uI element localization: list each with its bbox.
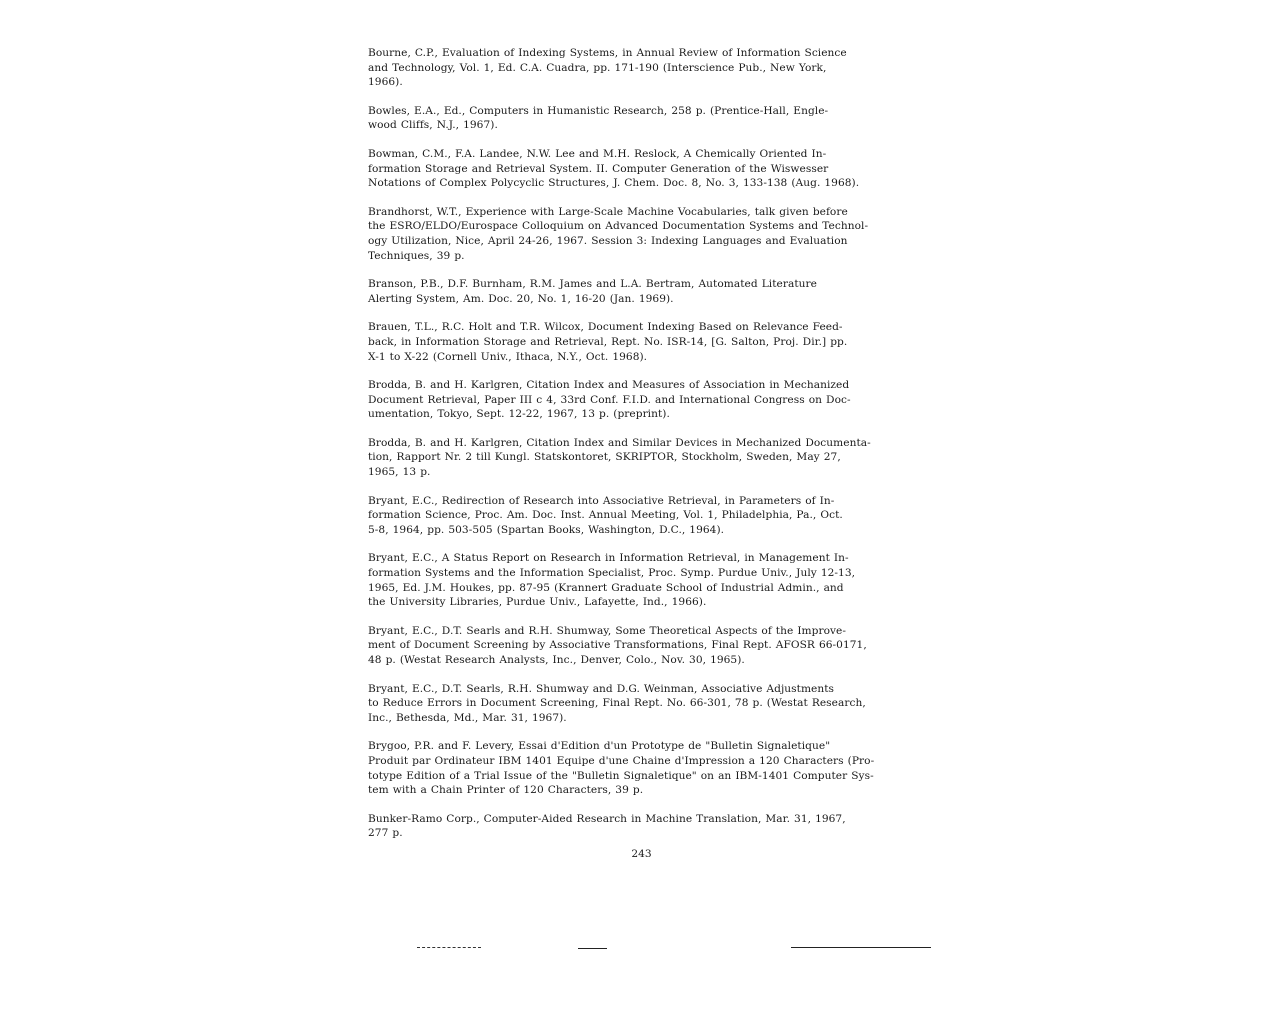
entry-line: formation Science, Proc. Am. Doc. Inst. … [368,508,884,523]
entry-line: tion, Rapport Nr. 2 till Kungl. Statskon… [368,450,884,465]
entry-line: umentation, Tokyo, Sept. 12-22, 1967, 13… [368,407,884,422]
entry-line: 48 p. (Westat Research Analysts, Inc., D… [368,653,884,668]
bibliography-entry-brandhorst: Brandhorst, W.T., Experience with Large-… [368,205,884,263]
entry-line: Bowles, E.A., Ed., Computers in Humanist… [368,104,884,119]
entry-line: 1965, Ed. J.M. Houkes, pp. 87-95 (Kranne… [368,581,884,596]
entry-line: Bunker-Ramo Corp., Computer-Aided Resear… [368,812,884,827]
entry-line: X-1 to X-22 (Cornell Univ., Ithaca, N.Y.… [368,350,884,365]
entry-line: Bryant, E.C., Redirection of Research in… [368,494,884,509]
bibliography-entry-bryant-3: Bryant, E.C., D.T. Searls and R.H. Shumw… [368,624,884,668]
entry-line: tem with a Chain Printer of 120 Characte… [368,783,884,798]
entry-line: Alerting System, Am. Doc. 20, No. 1, 16-… [368,292,884,307]
entry-line: Produit par Ordinateur IBM 1401 Equipe d… [368,754,884,769]
entry-line: Techniques, 39 p. [368,249,884,264]
bibliography-entry-bryant-2: Bryant, E.C., A Status Report on Researc… [368,551,884,609]
entry-line: Branson, P.B., D.F. Burnham, R.M. James … [368,277,884,292]
entry-line: Brodda, B. and H. Karlgren, Citation Ind… [368,378,884,393]
entry-line: Brauen, T.L., R.C. Holt and T.R. Wilcox,… [368,320,884,335]
bibliography-entry-brodda-2: Brodda, B. and H. Karlgren, Citation Ind… [368,436,884,480]
entry-line: Bowman, C.M., F.A. Landee, N.W. Lee and … [368,147,884,162]
bibliography-entry-brygoo: Brygoo, P.R. and F. Levery, Essai d'Edit… [368,739,884,797]
footer-rule-center [578,948,607,949]
footer-rule-right [791,947,931,948]
entry-line: Notations of Complex Polycyclic Structur… [368,176,884,191]
bibliography-entry-bourne: Bourne, C.P., Evaluation of Indexing Sys… [368,46,884,90]
entry-line: back, in Information Storage and Retriev… [368,335,884,350]
entry-line: Bryant, E.C., A Status Report on Researc… [368,551,884,566]
entry-line: Brandhorst, W.T., Experience with Large-… [368,205,884,220]
bibliography-entry-bryant-4: Bryant, E.C., D.T. Searls, R.H. Shumway … [368,682,884,726]
bibliography-entry-brodda-1: Brodda, B. and H. Karlgren, Citation Ind… [368,378,884,422]
entry-line: Inc., Bethesda, Md., Mar. 31, 1967). [368,711,884,726]
footer-rule-left [417,947,481,948]
bibliography-entry-bryant-1: Bryant, E.C., Redirection of Research in… [368,494,884,538]
entry-line: the ESRO/ELDO/Eurospace Colloquium on Ad… [368,219,884,234]
bibliography-entry-bunker-ramo: Bunker-Ramo Corp., Computer-Aided Resear… [368,812,884,841]
bibliography-entry-bowles: Bowles, E.A., Ed., Computers in Humanist… [368,104,884,133]
entry-line: formation Storage and Retrieval System. … [368,162,884,177]
bibliography-entry-brauen: Brauen, T.L., R.C. Holt and T.R. Wilcox,… [368,320,884,364]
entry-line: Bourne, C.P., Evaluation of Indexing Sys… [368,46,884,61]
entry-line: 5-8, 1964, pp. 503-505 (Spartan Books, W… [368,523,884,538]
entry-line: Bryant, E.C., D.T. Searls and R.H. Shumw… [368,624,884,639]
page-number: 243 [0,848,1280,860]
entry-line: 1965, 13 p. [368,465,884,480]
entry-line: ment of Document Screening by Associativ… [368,638,884,653]
entry-line: and Technology, Vol. 1, Ed. C.A. Cuadra,… [368,61,884,76]
entry-line: Brodda, B. and H. Karlgren, Citation Ind… [368,436,884,451]
bibliography-entry-branson: Branson, P.B., D.F. Burnham, R.M. James … [368,277,884,306]
entry-line: formation Systems and the Information Sp… [368,566,884,581]
entry-line: wood Cliffs, N.J., 1967). [368,118,884,133]
entry-line: Brygoo, P.R. and F. Levery, Essai d'Edit… [368,739,884,754]
entry-line: Document Retrieval, Paper III c 4, 33rd … [368,393,884,408]
bibliography-page: Bourne, C.P., Evaluation of Indexing Sys… [368,46,884,855]
entry-line: the University Libraries, Purdue Univ., … [368,595,884,610]
entry-line: to Reduce Errors in Document Screening, … [368,696,884,711]
entry-line: 277 p. [368,826,884,841]
entry-line: 1966). [368,75,884,90]
bibliography-entry-bowman: Bowman, C.M., F.A. Landee, N.W. Lee and … [368,147,884,191]
entry-line: totype Edition of a Trial Issue of the "… [368,769,884,784]
entry-line: ogy Utilization, Nice, April 24-26, 1967… [368,234,884,249]
entry-line: Bryant, E.C., D.T. Searls, R.H. Shumway … [368,682,884,697]
